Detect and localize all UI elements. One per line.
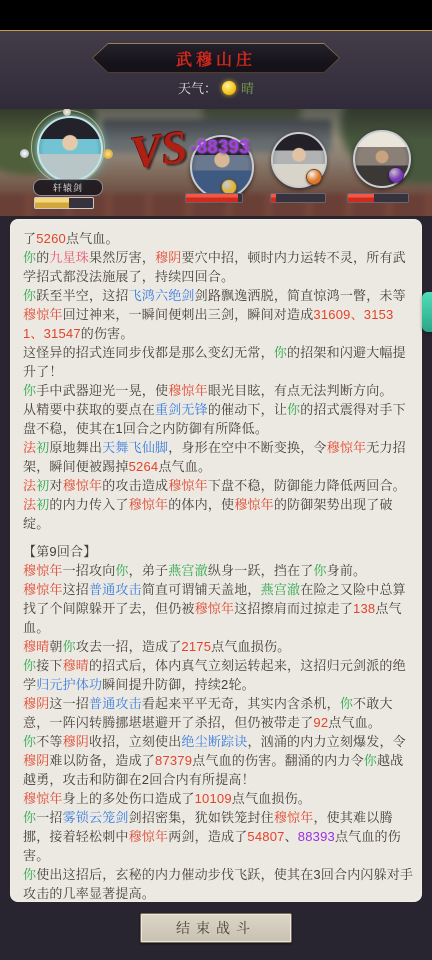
enemy-hp-fill: [186, 194, 238, 202]
log-line: 你一招雾锁云笼剑剑招密集，犹如铁笼封住穆惊年，使其难以腾挪，接着轻松刺中穆惊年两…: [23, 808, 414, 865]
weather-label: 天气：: [178, 78, 217, 97]
header: 武穆山庄 天气： 晴: [0, 30, 432, 111]
player-name-plate: 轩辕剑: [33, 179, 103, 196]
log-line: 穆惊年这招普通攻击简直可谓铺天盖地，燕宫澈在险之又险中总算找了个间隙躲开了去，但…: [23, 580, 414, 637]
log-line: 法初原地舞出天舞飞仙脚，身形在空中不断变换，令穆惊年无力招架，瞬间便被踢掉526…: [23, 438, 414, 476]
log-line: 你跃至半空，这招飞鸿六绝剑剑路飘逸洒脱，简直惊鸿一瞥，未等穆惊年回过神来，一瞬间…: [23, 286, 414, 343]
status-bar: [0, 0, 432, 30]
frame-orb-icon: [103, 149, 113, 159]
battle-log: 了5260点气血。你的九星珠果然厉害，穆阴要穴中招，顿时内力运转不灵，所有武学招…: [23, 229, 414, 902]
battle-scene: 轩辕剑 VS -88393: [0, 109, 432, 216]
player-hp-fill: [35, 198, 69, 208]
weather-row: 天气： 晴: [0, 78, 432, 97]
log-line: 你接下穆晴的招式后，体内真气立刻运转起来，这招归元剑派的绝学归元护体功瞬间提升防…: [23, 656, 414, 694]
log-line: 法初的内力传入了穆惊年的体内，使穆惊年的防御架势出现了破绽。: [23, 495, 414, 533]
enemy-hp-fill: [271, 194, 276, 202]
log-line: 你手中武器迎光一晃，使穆惊年眼光目眩，有点无法判断方向。: [23, 381, 414, 400]
enemy-buff-icon: [306, 169, 322, 185]
log-line: 法初对穆惊年的攻击造成穆惊年下盘不稳，防御能力降低两回合。: [23, 476, 414, 495]
end-battle-button[interactable]: 结束战斗: [140, 913, 292, 943]
location-banner: 武穆山庄: [92, 43, 340, 73]
enemy-buff-icon: [388, 167, 404, 183]
weather-value: 晴: [241, 78, 254, 97]
sun-icon: [222, 81, 236, 95]
log-line: 穆惊年身上的多处伤口造成了10109点气血损伤。: [23, 789, 414, 808]
enemy-hp-bar: [185, 193, 243, 203]
battle-log-panel[interactable]: 了5260点气血。你的九星珠果然厉害，穆阴要穴中招，顿时内力运转不灵，所有武学招…: [10, 219, 422, 902]
log-line: 你不等穆阴收招，立刻使出绝尘断踪诀，汹涌的内力立刻爆发，令穆阴难以防备，造成了8…: [23, 732, 414, 789]
enemy-hp-fill: [348, 194, 374, 202]
player-name: 轩辕剑: [53, 181, 83, 194]
location-title: 武穆山庄: [176, 47, 256, 70]
player-avatar[interactable]: [37, 116, 103, 182]
scroll-handle[interactable]: [422, 292, 432, 332]
log-line: 你的九星珠果然厉害，穆阴要穴中招，顿时内力运转不灵，所有武学招式都没法施展了，持…: [23, 248, 414, 286]
log-line: 这怪异的招式连同步伐都是那么变幻无常，你的招架和闪避大幅提升了！: [23, 343, 414, 381]
log-line: 你使出这招后，玄秘的内力催动步伐飞跃，使其在3回合内闪躲对手攻击的几率显著提高。: [23, 865, 414, 902]
enemy-hp-bar: [270, 193, 326, 203]
frame-orb-icon: [20, 149, 29, 158]
log-line: 穆阴这一招普通攻击看起来平平无奇，其实内含杀机，你不敢大意，一阵闪转腾挪堪堪避开…: [23, 694, 414, 732]
player-hp-bar: [34, 197, 94, 209]
log-line: 【第9回合】: [23, 542, 414, 561]
footer-bar: 结束战斗: [0, 902, 432, 960]
location-banner-inner: 武穆山庄: [93, 44, 339, 72]
log-line: 穆晴朝你攻去一招，造成了2175点气血损伤。: [23, 637, 414, 656]
battle-screen: 武穆山庄 天气： 晴 轩辕剑 VS: [0, 0, 432, 960]
log-line: 穆惊年一招攻向你，弟子燕宫澈纵身一跃，挡在了你身前。: [23, 561, 414, 580]
floating-damage-text: -88393: [160, 137, 280, 159]
log-line: 从精要中获取的要点在重剑无锋的催动下，让你的招式震得对手下盘不稳，使其在1回合之…: [23, 400, 414, 438]
log-line: 了5260点气血。: [23, 229, 414, 248]
enemy-hp-bar: [347, 193, 409, 203]
